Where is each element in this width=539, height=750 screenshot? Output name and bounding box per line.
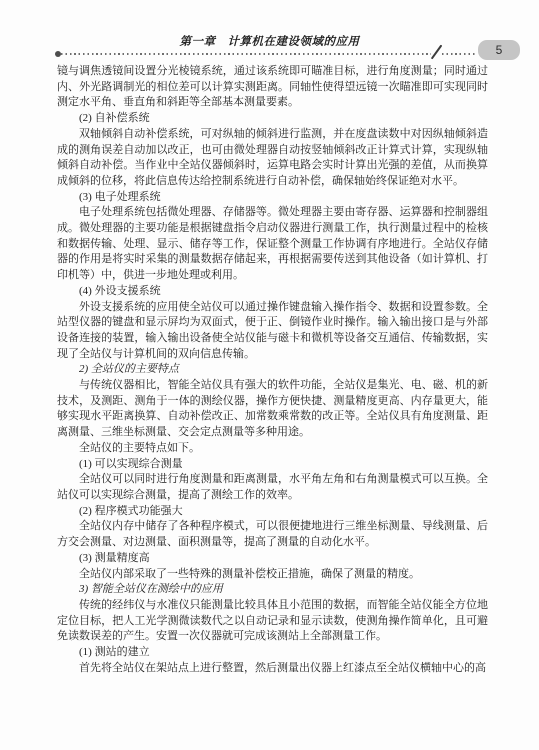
- paragraph: 全站仪的主要特点如下。: [57, 441, 488, 457]
- book-page: 第一章 计算机在建设领域的应用 5 镜与调焦透镜间设置分光棱镜系统，通过该系统即…: [0, 0, 539, 750]
- paragraph: 全站仪内存中储存了各种程序模式，可以很便捷地进行三维坐标测量、导线测量、后方交会…: [57, 519, 488, 550]
- paragraph: (3) 测量精度高: [57, 551, 488, 567]
- header-rule: 5: [55, 40, 520, 60]
- paragraph: 电子处理系统包括微处理器、存储器等。微处理器主要由寄存器、运算器和控制器组成。微…: [57, 205, 488, 284]
- dotted-rule-line: [61, 53, 431, 55]
- paragraph: 3) 智能全站仪在测绘中的应用: [57, 582, 488, 598]
- paragraph: (3) 电子处理系统: [57, 190, 488, 206]
- paragraph: 传统的经纬仪与水准仪只能测量比较具体且小范围的数据，而智能全站仪能全方位地定位目…: [57, 598, 488, 645]
- paragraph: (1) 测站的建立: [57, 645, 488, 661]
- paragraph: 镜与调焦透镜间设置分光棱镜系统，通过该系统即可瞄准目标，进行角度测量；同时通过内…: [57, 64, 488, 111]
- paragraph: 全站仪内部采取了一些特殊的测量补偿校正措施，确保了测量的精度。: [57, 567, 488, 583]
- paragraph: (1) 可以实现综合测量: [57, 457, 488, 473]
- paragraph: (4) 外设支援系统: [57, 284, 488, 300]
- paragraph: 双轴倾斜自动补偿系统，可对纵轴的倾斜进行监测，并在度盘读数中对因纵轴倾斜造成的测…: [57, 127, 488, 190]
- paragraph: 首先将全站仪在架站点上进行整置，然后测量出仪器上红漆点至全站仪横轴中心的高: [57, 661, 488, 677]
- paragraph: (2) 程序模式功能强大: [57, 504, 488, 520]
- paragraph: 与传统仪器相比，智能全站仪具有强大的软件功能，全站仪是集光、电、磁、机的新技术，…: [57, 378, 488, 441]
- page-number-badge: 5: [478, 40, 520, 60]
- paragraph: 全站仪可以同时进行角度测量和距离测量，水平角左角和右角测量模式可以互换。全站仪可…: [57, 472, 488, 503]
- dotted-rule-line: [442, 53, 476, 55]
- paragraph: 2) 全站仪的主要特点: [57, 362, 488, 378]
- paragraph: (2) 自补偿系统: [57, 111, 488, 127]
- paragraph: 外设支援系统的应用使全站仪可以通过操作键盘输入操作指令、数据和设置参数。全站型仪…: [57, 300, 488, 363]
- page-body: 镜与调焦透镜间设置分光棱镜系统，通过该系统即可瞄准目标，进行角度测量；同时通过内…: [57, 64, 488, 676]
- slash-mark-icon: [431, 45, 442, 60]
